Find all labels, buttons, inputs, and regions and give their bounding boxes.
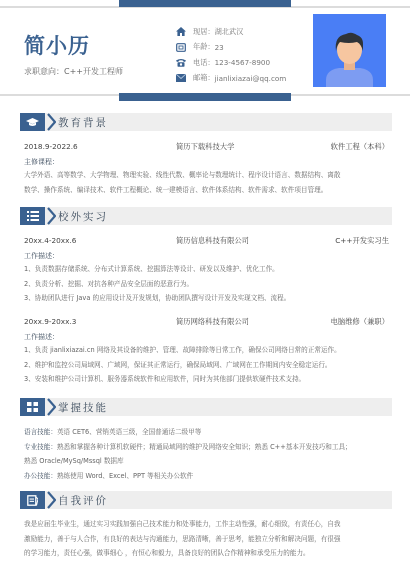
job-role: 电脑维修（兼职） xyxy=(331,317,389,327)
job-desc-list: 1、负责数据存储系统、分布式计算系统、挖掘算法等设计、研发以及维护、优化工作。 … xyxy=(24,262,392,306)
education-school: 简历下载科技大学 xyxy=(176,142,234,152)
section-title-skills: 掌握技能 xyxy=(58,400,108,415)
job-date: 20xx.9-20xx.3 xyxy=(24,317,76,327)
chevron-right-icon xyxy=(47,398,56,420)
job-intent: 求职意向：C++开发工程师 xyxy=(24,66,123,77)
section-title-self-eval: 自我评价 xyxy=(58,493,108,508)
graduation-cap-icon xyxy=(20,113,45,131)
job-role: C++开发实习生 xyxy=(335,236,389,246)
courses-line: 大学外语、高等数学、大学物理、物理实验、线性代数、概率论与数理统计、程序设计语言… xyxy=(24,168,392,183)
info-phone-value: 123-4567-8900 xyxy=(215,58,271,67)
info-email-label: 邮箱： xyxy=(193,73,215,83)
header-bottom-accent-bar xyxy=(119,93,291,101)
skill-line: 熟悉 Oracle/MySq/Mssql 数据库 xyxy=(24,454,392,469)
chevron-right-icon xyxy=(47,113,56,135)
job-date: 20xx.4-20xx.6 xyxy=(24,236,76,246)
info-phone-label: 电话： xyxy=(193,58,215,68)
list-icon xyxy=(20,207,45,225)
self-eval-line: 的学习能力，责任心强，做事细心 ，有恒心和毅力，具备良好的团队合作精神和承受压力… xyxy=(24,546,392,561)
skill-text: 熟悉 Oracle/MySq/Mssql 数据库 xyxy=(24,457,124,465)
self-eval-text: 我是应届生毕业生，通过实习实践加强自己技术能力和处事能力，工作主动性强，耐心细致… xyxy=(24,517,392,561)
info-location-label: 现居： xyxy=(193,27,215,37)
contact-info: 现居：湖北武汉 年龄：23 电话：123-4567-8900 邮箱：jianli… xyxy=(176,24,286,86)
phone-icon xyxy=(176,58,186,67)
info-email-value: jianlixiazai@qq.com xyxy=(215,74,287,83)
courses-label: 主修课程： xyxy=(24,157,59,167)
info-location-value: 湖北武汉 xyxy=(215,27,244,37)
job-desc-item: 1、负责数据存储系统、分布式计算系统、挖掘算法等设计、研发以及维护、优化工作。 xyxy=(24,262,392,277)
job-desc-item: 3、协助团队进行 Java 的应用设计及开发规划，协助团队撰写设计开发及实现文档… xyxy=(24,291,392,306)
courses-line: 数学、操作系统、编译技术、软件工程概论、统一建模语言、软件体系结构、软件需求、软… xyxy=(24,183,392,198)
job-desc-item: 2、负责分析、挖掘、对抗各种产品安全层面的恶意行为。 xyxy=(24,277,392,292)
job-intent-value: C++开发工程师 xyxy=(64,67,123,76)
skill-label: 专业技能： xyxy=(24,443,57,451)
info-email: 邮箱：jianlixiazai@qq.com xyxy=(176,71,286,87)
section-header-education: 教育背景 xyxy=(20,113,392,131)
chevron-right-icon xyxy=(47,207,56,229)
job-desc-label: 工作描述： xyxy=(24,332,59,342)
courses-text: 大学外语、高等数学、大学物理、物理实验、线性代数、概率论与数理统计、程序设计语言… xyxy=(24,168,392,197)
skills-list: 语言技能：英语 CET6、营销英语三级，全国普通话二级甲等 专业技能：熟悉和掌握… xyxy=(24,425,392,483)
section-title-education: 教育背景 xyxy=(58,115,108,130)
section-header-skills: 掌握技能 xyxy=(20,398,392,416)
info-location: 现居：湖北武汉 xyxy=(176,24,286,40)
education-entry: 2018.9-2022.6 简历下载科技大学 软件工程（本科） xyxy=(24,142,389,152)
header-top-accent-bar xyxy=(119,0,291,7)
info-age-value: 23 xyxy=(215,43,224,52)
skill-label: 办公技能： xyxy=(24,472,57,480)
job-entry: 20xx.4-20xx.6 简历信息科技有限公司 C++开发实习生 xyxy=(24,236,389,246)
skill-line: 办公技能：熟练使用 Word、Excel、PPT 等相关办公软件 xyxy=(24,469,392,484)
candidate-name: 简小历 xyxy=(24,30,90,60)
id-card-icon xyxy=(176,43,186,52)
job-entry: 20xx.9-20xx.3 简历网络科技有限公司 电脑维修（兼职） xyxy=(24,317,389,327)
info-age: 年龄：23 xyxy=(176,40,286,56)
job-company: 简历信息科技有限公司 xyxy=(176,236,249,246)
self-eval-line: 激励能力，善于与人合作，有良好的表达与沟通能力，思路清晰，善于思考，能独立分析和… xyxy=(24,532,392,547)
section-title-internship: 校外实习 xyxy=(58,209,108,224)
job-intent-label: 求职意向： xyxy=(24,67,64,76)
section-header-self-eval: 自我评价 xyxy=(20,491,392,509)
skill-text: 英语 CET6、营销英语三级，全国普通话二级甲等 xyxy=(57,428,201,436)
chevron-right-icon xyxy=(47,491,56,513)
education-major: 软件工程（本科） xyxy=(331,142,389,152)
section-header-internship: 校外实习 xyxy=(20,207,392,225)
job-desc-item: 2、维护和监控公司局域网、广域网，保证其正常运行，确保局域网、广域网在工作期间内… xyxy=(24,358,392,373)
skill-label: 语言技能： xyxy=(24,428,57,436)
resume-header: 简小历 求职意向：C++开发工程师 现居：湖北武汉 年龄：23 电话：123-4… xyxy=(0,0,410,102)
mail-icon xyxy=(176,74,186,83)
skill-line: 语言技能：英语 CET6、营销英语三级，全国普通话二级甲等 xyxy=(24,425,392,440)
info-age-label: 年龄： xyxy=(193,42,215,52)
skill-line: 专业技能：熟悉和掌握各种计算机软硬件；精通局域网的维护及网络安全知识；熟悉 C+… xyxy=(24,440,392,455)
job-desc-item: 3、安装和维护公司计算机、服务器系统软件和应用软件，同时为其他部门提供软硬件技术… xyxy=(24,372,392,387)
avatar-photo xyxy=(313,14,386,87)
job-desc-item: 1、负责 jianlixiazai.cn 网络及其设备的维护、管理、故障排除等日… xyxy=(24,343,392,358)
job-desc-list: 1、负责 jianlixiazai.cn 网络及其设备的维护、管理、故障排除等日… xyxy=(24,343,392,387)
skill-text: 熟悉和掌握各种计算机软硬件；精通局域网的维护及网络安全知识；熟悉 C++基本开发… xyxy=(57,443,352,451)
notebook-icon xyxy=(20,491,45,509)
job-desc-label: 工作描述： xyxy=(24,251,59,261)
self-eval-line: 我是应届生毕业生，通过实习实践加强自己技术能力和处事能力，工作主动性强，耐心细致… xyxy=(24,517,392,532)
skill-text: 熟练使用 Word、Excel、PPT 等相关办公软件 xyxy=(57,472,193,480)
job-company: 简历网络科技有限公司 xyxy=(176,317,249,327)
grid-icon xyxy=(20,398,45,416)
info-phone: 电话：123-4567-8900 xyxy=(176,55,286,71)
education-date: 2018.9-2022.6 xyxy=(24,142,78,152)
home-icon xyxy=(176,27,186,36)
